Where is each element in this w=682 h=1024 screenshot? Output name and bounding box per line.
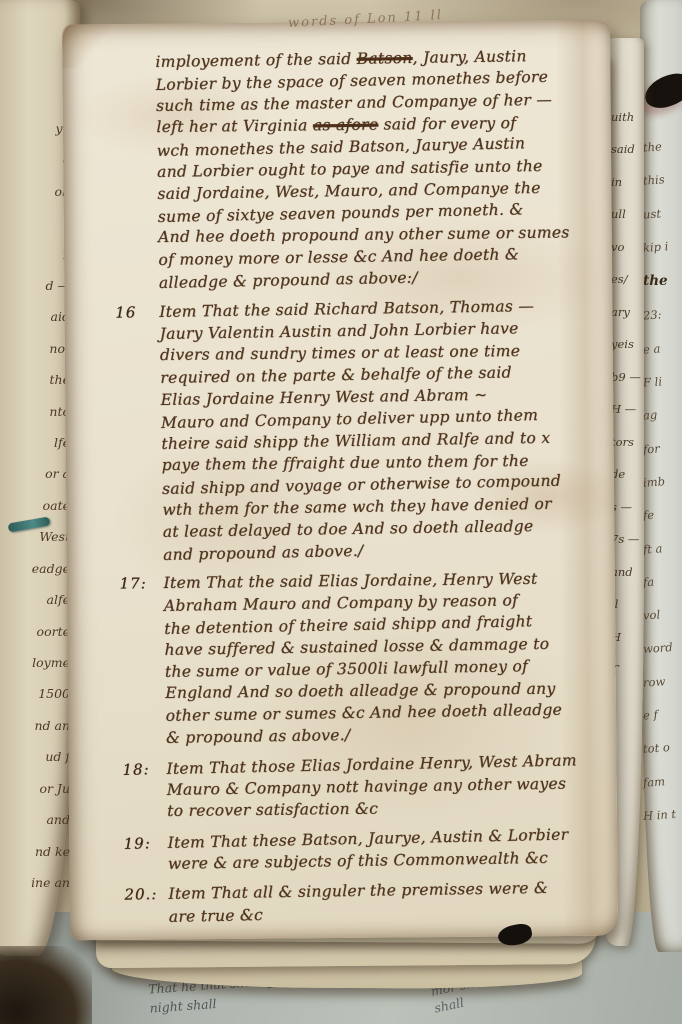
text-fragment: ine an — [31, 875, 70, 890]
item-number — [114, 222, 158, 223]
text-fragment: e f — [643, 708, 659, 723]
text-fragment: b9 — — [611, 370, 641, 384]
line-text: England And so doeth alleadge & propound… — [165, 680, 555, 702]
manuscript-page: imployement of the said Batson, Jaury, A… — [62, 20, 618, 941]
text-fragment: vol — [643, 608, 661, 623]
line-text: And hee doeth propound any other sume or… — [158, 223, 570, 246]
text-fragment: ust — [643, 206, 662, 221]
item-number — [120, 611, 164, 612]
manuscript-text: imployement of the said Batson, Jaury, A… — [111, 44, 609, 927]
item-number — [112, 90, 156, 91]
item-number — [122, 743, 166, 744]
text-fragment: loyme — [32, 655, 70, 670]
line-text: divers and sundry times or at least one … — [160, 342, 520, 364]
item-number — [120, 634, 164, 635]
text-fragment: es/ — [611, 272, 641, 286]
struck-out-text: Batson — [357, 49, 413, 68]
text-fragment: de — [611, 467, 641, 481]
line-text: alleadge & propound as above:/ — [159, 269, 418, 292]
text-fragment: e a — [643, 341, 661, 356]
item-number: 16 — [115, 301, 159, 324]
text-fragment: tors — [611, 435, 641, 449]
text-fragment: 1500 — [38, 686, 70, 701]
text-fragment: H in t — [643, 807, 677, 823]
line-text-after-strike: , Jaury, Austin — [412, 47, 526, 67]
text-fragment: H — — [611, 402, 641, 416]
item-number: 18: — [122, 758, 166, 781]
text-fragment: and — [46, 812, 70, 827]
item-number — [118, 515, 162, 516]
line-text: and propound as above./ — [163, 542, 364, 564]
item-number — [119, 560, 163, 561]
line-text: left her at Virginia — [156, 116, 313, 136]
text-fragment: fe — [643, 508, 655, 523]
text-fragment: vo — [611, 240, 641, 254]
item-number — [121, 655, 165, 656]
item-number — [121, 677, 165, 678]
text-fragment: tot o — [643, 740, 671, 756]
item-number — [115, 265, 159, 266]
item-number — [112, 111, 156, 112]
text-fragment: eadge — [32, 561, 70, 576]
text-fragment: for — [643, 441, 661, 456]
item-number: 19: — [123, 832, 167, 855]
page-corner-fold — [62, 24, 114, 68]
item-number — [113, 177, 157, 178]
item-number — [116, 339, 160, 340]
text-fragment: fa — [643, 574, 655, 589]
struck-out-text: as afore — [313, 116, 379, 135]
text-fragment: 7s — — [611, 532, 641, 546]
item-number — [114, 199, 158, 200]
item-number: 17: — [119, 572, 163, 594]
item-number — [115, 288, 159, 289]
line-text: the sume or value of 3500li lawfull mone… — [165, 657, 528, 681]
item-number — [117, 428, 161, 429]
text-fragment: or Ju — [39, 781, 70, 796]
text-fragment: row — [643, 674, 666, 690]
right-page-far-text-fragments: thethisustkip ithe23:e aF liagforimbfeft… — [643, 140, 676, 822]
bottom-left-shadow — [0, 946, 92, 1024]
text-fragment: and — [611, 565, 641, 579]
item-number — [111, 67, 155, 68]
text-fragment: word — [643, 640, 674, 656]
text-fragment: nd ke — [35, 844, 70, 859]
text-fragment: s — — [611, 500, 641, 514]
line-text: imployement of the said — [155, 50, 357, 71]
text-fragment: in — [611, 175, 641, 189]
line-text: are true &c — [169, 906, 264, 926]
text-fragment: West — [39, 529, 70, 544]
text-fragment: oorte — [37, 624, 70, 639]
text-fragment: yeis — [611, 337, 641, 351]
item-number — [123, 795, 167, 796]
right-page-far-edge: thethisustkip ithe23:e aF liagforimbfeft… — [640, 0, 682, 952]
text-fragment: 23: — [643, 308, 662, 323]
line-text: to recover satisfaction &c — [167, 800, 378, 820]
item-number — [122, 721, 166, 722]
text-fragment: ft a — [643, 541, 663, 556]
item-number — [117, 405, 161, 406]
text-fragment: F li — [643, 374, 663, 389]
item-number — [116, 383, 160, 384]
text-fragment: the — [643, 139, 663, 154]
text-fragment: nd an — [34, 718, 70, 733]
text-fragment: ag — [643, 408, 658, 423]
text-fragment: ud f — [45, 749, 70, 764]
item-number — [117, 449, 161, 450]
line-text-after-strike: said for every of — [378, 114, 516, 134]
manuscript-line: to recover satisfaction &c — [123, 795, 607, 822]
line-text: other sume or sumes &c And hee doeth all… — [166, 701, 563, 725]
manuscript-photo: thethisustkip ithe23:e aF liagforimbfeft… — [0, 0, 682, 1024]
text-fragment: uith — [611, 110, 641, 124]
text-fragment: imb — [643, 474, 666, 489]
text-fragment: ll — [611, 597, 641, 611]
line-text: Item That the said Elias Jordaine, Henry… — [163, 570, 537, 592]
item-number — [125, 922, 169, 923]
text-fragment: kip i — [643, 239, 669, 255]
line-text: Jaury Valentin Austin and John Lorbier h… — [160, 319, 519, 343]
text-fragment: fam — [643, 774, 666, 790]
text-fragment: said — [611, 142, 641, 156]
item-number — [113, 156, 157, 157]
text-fragment: ary — [611, 305, 641, 319]
text-fragment: ull — [611, 207, 641, 221]
text-fragment: this — [643, 173, 666, 188]
line-text: & propound as above./ — [166, 726, 351, 747]
text-fragment: H — [611, 630, 641, 644]
text-fragment: the — [643, 273, 668, 289]
item-number — [124, 869, 168, 870]
item-number: 20.: — [124, 883, 168, 906]
item-number — [118, 494, 162, 495]
right-page-middle-text-fragments: uithsaidinullvoes/aryyeisb9 —H —torsdes … — [611, 110, 641, 676]
item-number — [119, 537, 163, 538]
